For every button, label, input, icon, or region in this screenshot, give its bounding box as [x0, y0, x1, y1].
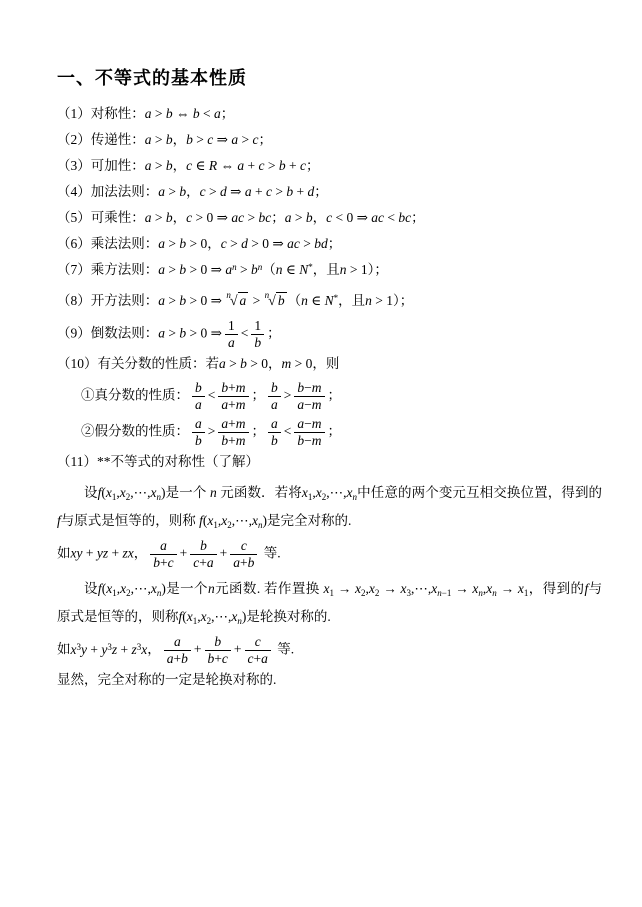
example-complete-symmetry: 如xy + yz + zx，ab+c+bc+a+ca+b 等.: [57, 539, 602, 570]
nth-root: n√a: [226, 287, 248, 310]
text-run: 是一个: [166, 581, 208, 596]
text-run: （5）可乘性：: [57, 210, 145, 225]
math-run: a > b > 0 ⇒: [158, 293, 225, 308]
text-run: ；: [221, 106, 235, 121]
math-run: <: [241, 326, 249, 341]
item-3-additivity: （3）可加性：a > b，c ∈ R ⇔ a + c > b + c；: [57, 157, 602, 174]
math-run: <: [284, 424, 292, 439]
text-run: 显然，完全对称的一定是轮换对称的.: [57, 672, 276, 687]
math-run: a > b，c > d ⇒ a + c > b + d: [158, 184, 314, 199]
text-run: 中任意的两个变元互相交换位置，得到的: [357, 485, 602, 500]
fraction: 1a: [225, 319, 238, 350]
math-run: a > b > 0 ⇒ an > bn（n ∈ N*，且n > 1）: [158, 262, 374, 277]
math-run: x1,x2,⋯,xn: [302, 485, 357, 500]
text-run: （4）加法法则：: [57, 184, 158, 199]
item-1-symmetry: （1）对称性：a > b ⇔ b < a；: [57, 105, 602, 122]
text-run: 等.: [260, 546, 280, 561]
text-run: ①真分数的性质：: [81, 388, 189, 403]
item-10-2-improper-fraction: ②假分数的性质：ab>a+mb+m；ab<a−mb−m；: [57, 417, 602, 448]
item-5-multiplicativity: （5）可乘性：a > b，c > 0 ⇒ ac > bc；a > b，c < 0…: [57, 209, 602, 226]
item-8-root-rule: （8）开方法则：a > b > 0 ⇒ n√a > n√b（n ∈ N*，且n …: [57, 287, 602, 310]
fraction: b−ma−m: [294, 381, 324, 412]
text-run: 元函数. 若作置换: [215, 581, 324, 596]
text-run: 是轮换对称的.: [246, 609, 330, 624]
math-run: f(x1,x2,⋯,xn): [98, 581, 166, 596]
text-run: （3）可加性：: [57, 158, 145, 173]
math-run: （n ∈ N*，且n > 1）: [288, 293, 400, 308]
text-run: 与原式是恒等的，则称: [61, 513, 199, 528]
text-run: ；: [306, 158, 320, 173]
text-run: ；: [258, 132, 272, 147]
page-title: 一、不等式的基本性质: [57, 64, 602, 90]
math-run: f(x1,x2,⋯,xn): [98, 485, 166, 500]
fraction: aa+b: [164, 635, 191, 666]
item-4-addition-rule: （4）加法法则：a > b，c > d ⇒ a + c > b + d；: [57, 183, 602, 200]
math-run: a > b，c ∈ R ⇔ a + c > b + c: [145, 158, 306, 173]
math-run: a > b > 0，c > d > 0 ⇒ ac > bd: [158, 236, 327, 251]
fraction: a−mb−m: [294, 417, 324, 448]
text-run: ；: [267, 326, 281, 341]
fraction: 1b: [251, 319, 264, 350]
fraction: a+mb+m: [218, 417, 248, 448]
radical-sign: √: [230, 294, 238, 309]
item-7-power-rule: （7）乘方法则：a > b > 0 ⇒ an > bn（n ∈ N*，且n > …: [57, 261, 602, 278]
math-run: >: [284, 388, 292, 403]
text-run: 元函数．若将: [220, 485, 302, 500]
document-page: 一、不等式的基本性质 （1）对称性：a > b ⇔ b < a；（2）传递性：a…: [0, 0, 642, 907]
text-run: ；: [328, 236, 342, 251]
math-run: x1 → x2,x2 → x3,⋯,xn−1 → xn,xn → x1: [323, 581, 528, 596]
text-run: ；: [400, 293, 414, 308]
text-run: ；: [328, 388, 342, 403]
math-run: ；: [252, 388, 266, 403]
item-10-1-proper-fraction: ①真分数的性质：ba<b+ma+m；ba>b−ma−m；: [57, 381, 602, 412]
math-run: f(x1,x2,⋯,xn): [199, 513, 267, 528]
text-run: ，则: [312, 356, 339, 371]
text-run: ②假分数的性质：: [81, 424, 189, 439]
text-run: （11）**不等式的对称性（了解）: [57, 454, 259, 469]
text-run: （6）乘法法则：: [57, 236, 158, 251]
math-run: xy + yz + zx: [71, 546, 134, 561]
para-complete-symmetry: 设f(x1,x2,⋯,xn)是一个 n 元函数．若将x1,x2,⋯,xn中任意的…: [57, 479, 602, 535]
math-run: a > b，c > 0 ⇒ ac > bc；a > b，c < 0 ⇒ ac <…: [145, 210, 411, 225]
math-run: >: [249, 293, 263, 308]
nth-root: n√b: [265, 287, 287, 310]
text-run: 等.: [274, 642, 294, 657]
fraction: b+ma+m: [218, 381, 248, 412]
text-run: （7）乘方法则：: [57, 262, 158, 277]
text-run: 如: [57, 546, 71, 561]
math-run: a > b > 0，m > 0: [219, 356, 312, 371]
text-run: ，: [147, 642, 161, 657]
text-run: ，: [134, 546, 148, 561]
math-run: +: [194, 642, 202, 657]
math-run: n: [208, 581, 215, 596]
text-run: （2）传递性：: [57, 132, 145, 147]
item-2-transitivity: （2）传递性：a > b，b > c ⇒ a > c；: [57, 131, 602, 148]
item-11-symmetry-of-inequality: （11）**不等式的对称性（了解）: [57, 453, 602, 470]
text-run: （9）倒数法则：: [57, 326, 158, 341]
text-run: 设: [84, 581, 98, 596]
radical-sign: √: [268, 294, 276, 309]
text-run: 设: [84, 485, 98, 500]
fraction: bb+c: [205, 635, 231, 666]
text-run: ；: [411, 210, 425, 225]
item-6-multiplication-rule: （6）乘法法则：a > b > 0，c > d > 0 ⇒ ac > bd；: [57, 235, 602, 252]
fraction: ba: [192, 381, 205, 412]
math-run: n: [206, 485, 220, 500]
fraction: ab+c: [150, 539, 176, 570]
document-body: （1）对称性：a > b ⇔ b < a；（2）传递性：a > b，b > c …: [57, 105, 602, 688]
text-run: ；: [314, 184, 328, 199]
text-run: 如: [57, 642, 71, 657]
math-run: +: [234, 642, 242, 657]
text-run: ；: [328, 424, 342, 439]
text-run: ，得到的: [528, 581, 584, 596]
example-cyclic-symmetry: 如x3y + y3z + z3x，aa+b+bb+c+cc+a 等.: [57, 635, 602, 666]
item-10-fraction-properties: （10）有关分数的性质：若a > b > 0，m > 0，则: [57, 355, 602, 372]
text-run: ；: [374, 262, 388, 277]
math-run: <: [208, 388, 216, 403]
fraction: ab: [192, 417, 205, 448]
fraction: cc+a: [245, 635, 271, 666]
math-run: ；: [252, 424, 266, 439]
text-run: （10）有关分数的性质：若: [57, 356, 219, 371]
math-run: +: [220, 546, 228, 561]
item-9-reciprocal-rule: （9）倒数法则：a > b > 0 ⇒1a<1b；: [57, 319, 602, 350]
fraction: ca+b: [230, 539, 257, 570]
math-run: x3y + y3z + z3x: [71, 642, 148, 657]
text-run: 是一个: [166, 485, 207, 500]
math-run: a > b > 0 ⇒: [158, 326, 222, 341]
math-run: >: [208, 424, 216, 439]
text-run: （8）开方法则：: [57, 293, 158, 308]
text-run: （1）对称性：: [57, 106, 145, 121]
math-run: a > b ⇔ b < a: [145, 106, 221, 121]
fraction: ab: [268, 417, 281, 448]
fraction: bc+a: [190, 539, 216, 570]
math-run: f(x1,x2,⋯,xn): [179, 609, 247, 624]
fraction: ba: [268, 381, 281, 412]
math-run: +: [180, 546, 188, 561]
math-run: a > b，b > c ⇒ a > c: [145, 132, 259, 147]
text-run: 是完全对称的.: [267, 513, 351, 528]
para-cyclic-symmetry: 设f(x1,x2,⋯,xn)是一个n元函数. 若作置换 x1 → x2,x2 →…: [57, 575, 602, 631]
conclusion: 显然，完全对称的一定是轮换对称的.: [57, 671, 602, 688]
